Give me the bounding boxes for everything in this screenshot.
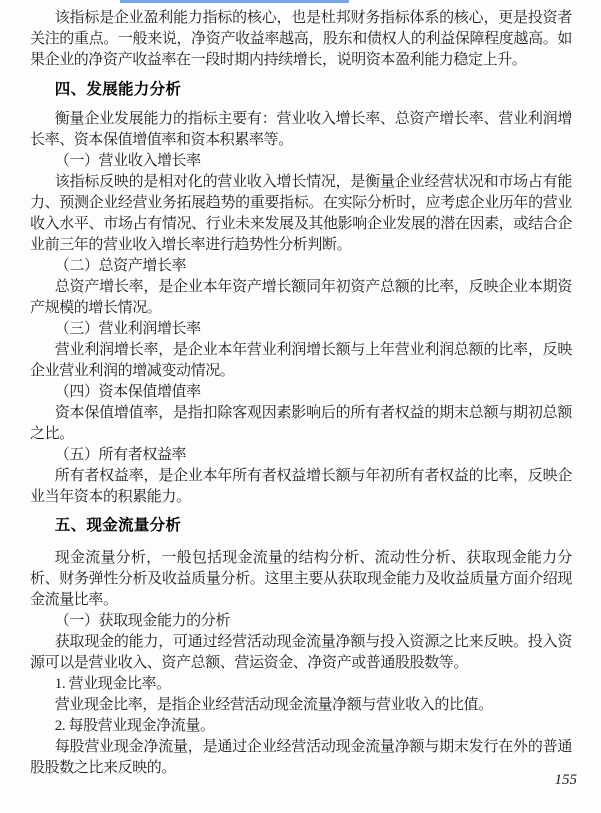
section-5-lead: 现金流量分析，一般包括现金流量的结构分析、流动性分析、获取现金能力分析、财务弹性…	[30, 548, 572, 611]
numbered-item-2-body: 每股营业现金净流量，是通过企业经营活动现金流量净额与期末发行在外的普通股股数之比…	[30, 737, 572, 779]
section-5-heading: 五、现金流量分析	[30, 515, 572, 536]
numbered-item-1-label: 1. 营业现金比率。	[30, 674, 572, 695]
subsection-5-1-body: 获取现金的能力，可通过经营活动现金流量净额与投入资源之比来反映。投入资源可以是营…	[30, 632, 572, 674]
subsection-4-3-title: （三）营业利润增长率	[30, 319, 572, 340]
page-number: 155	[555, 772, 578, 789]
subsection-4-2-body: 总资产增长率，是企业本年资产增长额同年初资产总额的比率，反映企业本期资产规模的增…	[30, 277, 572, 319]
document-page: 该指标是企业盈利能力指标的核心，也是杜邦财务指标体系的核心，更是投资者关注的重点…	[0, 0, 601, 813]
page-content: 该指标是企业盈利能力指标的核心，也是杜邦财务指标体系的核心，更是投资者关注的重点…	[0, 0, 601, 779]
subsection-4-2-title: （二）总资产增长率	[30, 256, 572, 277]
subsection-4-1-body: 该指标反映的是相对化的营业收入增长情况，是衡量企业经营状况和市场占有能力、预测企…	[30, 172, 572, 256]
subsection-4-4-title: （四）资本保值增值率	[30, 382, 572, 403]
intro-paragraph: 该指标是企业盈利能力指标的核心，也是杜邦财务指标体系的核心，更是投资者关注的重点…	[30, 8, 572, 71]
section-4-heading: 四、发展能力分析	[30, 79, 572, 100]
top-edge-scan-artifact	[120, 0, 349, 3]
subsection-4-3-body: 营业利润增长率，是企业本年营业利润增长额与上年营业利润总额的比率，反映企业营业利…	[30, 340, 572, 382]
subsection-5-1-title: （一）获取现金能力的分析	[30, 611, 572, 632]
subsection-4-1-title: （一）营业收入增长率	[30, 151, 572, 172]
numbered-item-2-label: 2. 每股营业现金净流量。	[30, 716, 572, 737]
subsection-4-4-body: 资本保值增值率，是指扣除客观因素影响后的所有者权益的期末总额与期初总额之比。	[30, 403, 572, 445]
numbered-item-1-body: 营业现金比率，是指企业经营活动现金流量净额与营业收入的比值。	[30, 695, 572, 716]
subsection-4-5-title: （五）所有者权益率	[30, 445, 572, 466]
section-4-lead: 衡量企业发展能力的指标主要有：营业收入增长率、总资产增长率、营业利润增长率、资本…	[30, 109, 572, 151]
subsection-4-5-body: 所有者权益率，是企业本年所有者权益增长额与年初所有者权益的比率，反映企业当年资本…	[30, 466, 572, 508]
